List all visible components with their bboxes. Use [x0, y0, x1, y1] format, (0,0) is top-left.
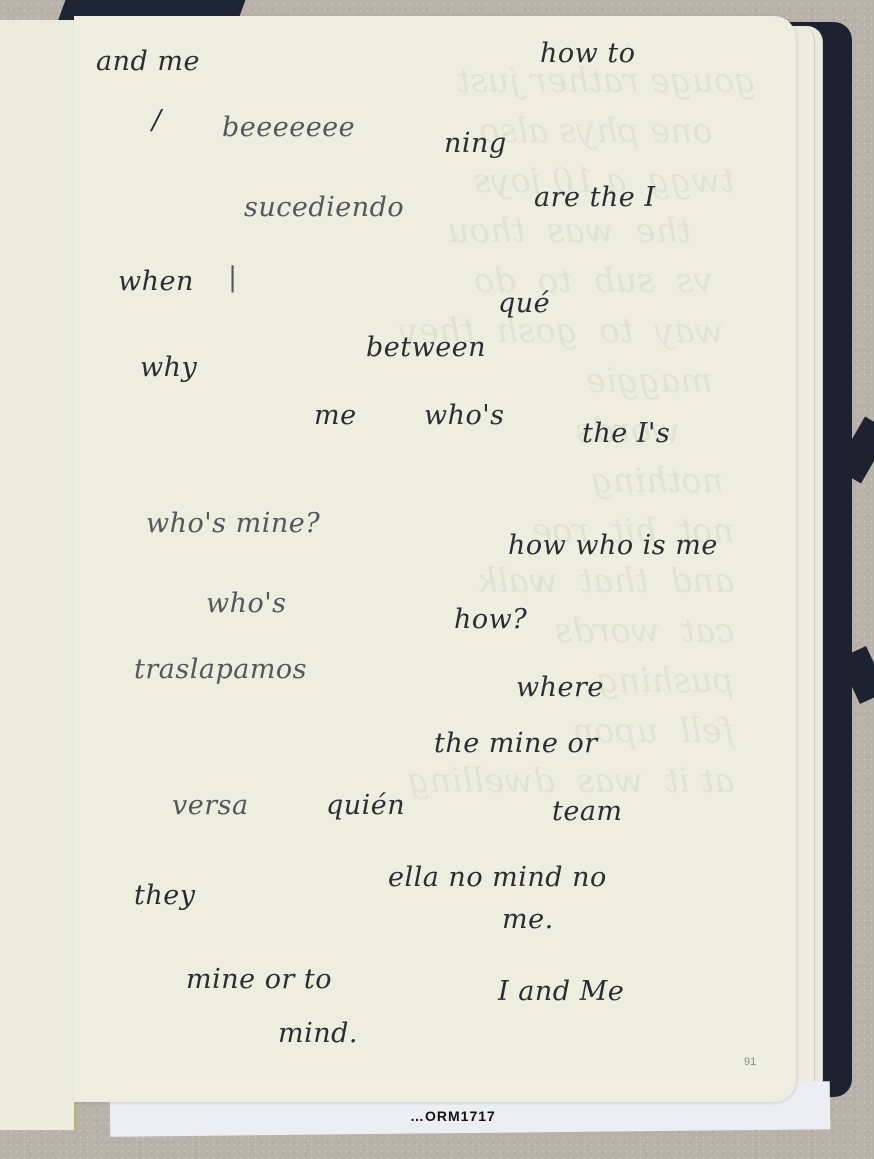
handwritten-word: who's mine?	[146, 508, 320, 539]
handwritten-word: team	[552, 796, 623, 827]
handwritten-word: |	[228, 262, 238, 293]
handwritten-word: how who is me	[508, 530, 718, 561]
left-page	[0, 20, 76, 1130]
handwritten-word: sucediendo	[244, 192, 404, 223]
handwritten-word: where	[516, 672, 604, 703]
card-label: …ORM1717	[410, 1108, 496, 1124]
handwritten-word: who's	[206, 588, 287, 619]
handwritten-word: versa	[172, 790, 249, 821]
handwritten-word: how?	[454, 604, 527, 635]
handwritten-word: me	[314, 400, 357, 431]
handwritten-word: between	[366, 332, 486, 363]
handwritten-word: /	[152, 105, 162, 136]
notebook-page: gouge rather just one phys also twgg a 1…	[74, 16, 796, 1102]
handwritten-word: when	[118, 266, 194, 297]
handwritten-word: quién	[326, 790, 405, 821]
handwritten-word: why	[140, 352, 197, 383]
handwritten-word: mine or to	[186, 964, 332, 995]
handwritten-word: ella no mind no	[388, 862, 607, 893]
handwritten-word: and me	[96, 46, 200, 77]
handwritten-word: I and Me	[498, 976, 624, 1007]
page-stack-edge	[800, 26, 815, 1098]
handwritten-word: traslapamos	[134, 654, 307, 685]
handwritten-word: are the I	[534, 182, 656, 213]
handwritten-word: how to	[540, 38, 635, 69]
handwritten-word: the mine or	[434, 728, 598, 759]
handwritten-word: qué	[498, 288, 550, 319]
page-number: 91	[744, 1056, 756, 1068]
handwritten-word: me.	[502, 904, 554, 935]
handwritten-word: mind.	[278, 1018, 358, 1049]
handwritten-word: who's	[424, 400, 505, 431]
handwritten-word: they	[134, 880, 195, 911]
handwritten-word: beeeeeee	[222, 112, 355, 143]
handwritten-word: the I's	[582, 418, 670, 449]
handwritten-word: ning	[444, 128, 507, 159]
